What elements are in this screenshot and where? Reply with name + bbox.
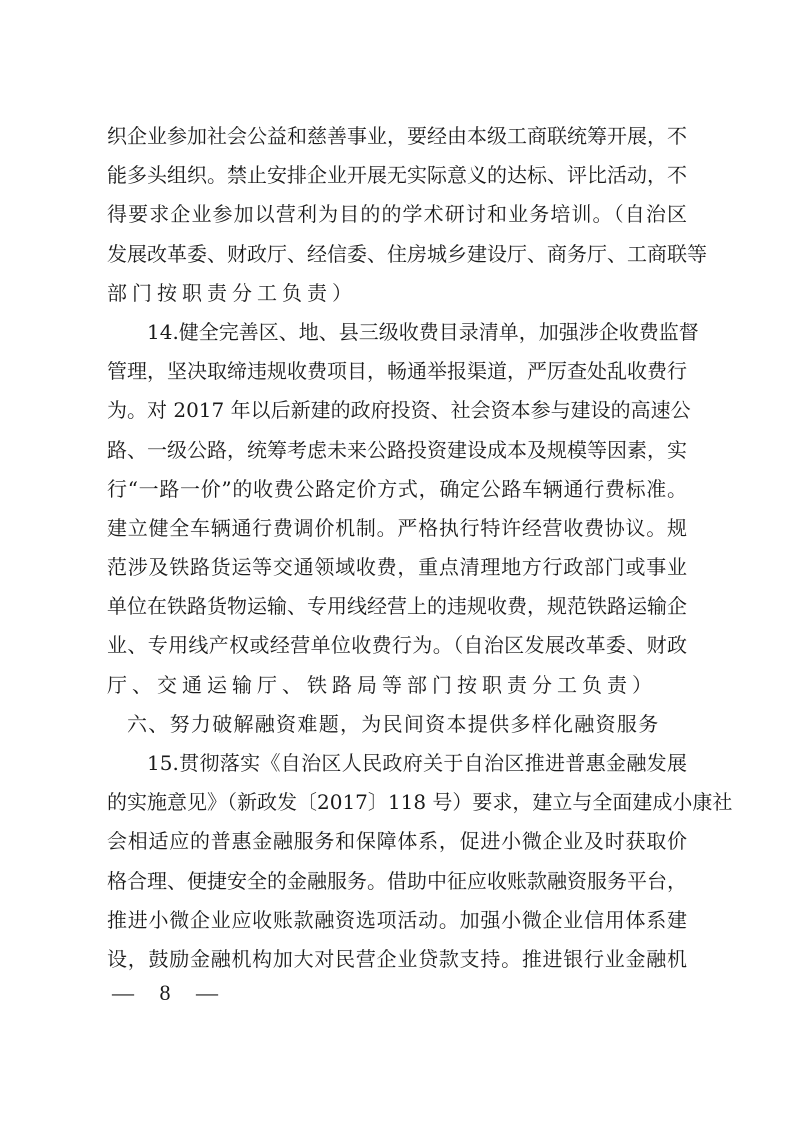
document-page: 织企业参加社会公益和慈善事业，要经由本级工商联统筹开展，不 能多头组织。禁止安排…: [107, 117, 687, 979]
text-line: 的实施意见》（新政发〔2017〕118 号）要求，建立与全面建成小康社: [107, 783, 687, 822]
text-line: 业、专用线产权或经营单位收费行为。（自治区发展改革委、财政: [107, 626, 687, 665]
text-line: 得要求企业参加以营利为目的的学术研讨和业务培训。（自治区: [107, 195, 687, 234]
text-line: 发展改革委、财政厅、经信委、住房城乡建设厅、商务厅、工商联等: [107, 235, 687, 274]
text-line: 推进小微企业应收账款融资选项活动。加强小微企业信用体系建: [107, 901, 687, 940]
text-line: 路、一级公路，统筹考虑未来公路投资建设成本及规模等因素，实: [107, 431, 687, 470]
paragraph-14: 14.健全完善区、地、县三级收费目录清单，加强涉企收费监督 管理，坚决取缔违规收…: [107, 313, 687, 705]
section-heading-text: 六、努力破解融资难题，为民间资本提供多样化融资服务: [107, 705, 687, 744]
text-line: 织企业参加社会公益和慈善事业，要经由本级工商联统筹开展，不: [107, 117, 687, 156]
text-line: 范涉及铁路货运等交通领域收费，重点清理地方行政部门或事业: [107, 548, 687, 587]
text-line: 设，鼓励金融机构加大对民营企业贷款支持。推进银行业金融机: [107, 940, 687, 979]
text-line: 为。对 2017 年以后新建的政府投资、社会资本参与建设的高速公: [107, 391, 687, 430]
paragraph-15: 15.贯彻落实《自治区人民政府关于自治区推进普惠金融发展 的实施意见》（新政发〔…: [107, 744, 687, 979]
text-line: 部门按职责分工负责）: [107, 274, 687, 313]
text-line: 15.贯彻落实《自治区人民政府关于自治区推进普惠金融发展: [107, 744, 687, 783]
text-line: 单位在铁路货物运输、专用线经营上的违规收费，规范铁路运输企: [107, 587, 687, 626]
section-heading-6: 六、努力破解融资难题，为民间资本提供多样化融资服务: [107, 705, 687, 744]
text-line: 厅、交通运输厅、铁路局等部门按职责分工负责）: [107, 666, 687, 705]
text-line: 格合理、便捷安全的金融服务。借助中征应收账款融资服务平台，: [107, 862, 687, 901]
text-line: 14.健全完善区、地、县三级收费目录清单，加强涉企收费监督: [107, 313, 687, 352]
text-line: 行“一路一价”的收费公路定价方式，确定公路车辆通行费标准。: [107, 470, 687, 509]
text-line: 能多头组织。禁止安排企业开展无实际意义的达标、评比活动，不: [107, 156, 687, 195]
paragraph-13-continuation: 织企业参加社会公益和慈善事业，要经由本级工商联统筹开展，不 能多头组织。禁止安排…: [107, 117, 687, 313]
text-line: 会相适应的普惠金融服务和保障体系，促进小微企业及时获取价: [107, 822, 687, 861]
page-number: — 8 —: [112, 980, 228, 1006]
text-line: 管理，坚决取缔违规收费项目，畅通举报渠道，严厉查处乱收费行: [107, 352, 687, 391]
text-line: 建立健全车辆通行费调价机制。严格执行特许经营收费协议。规: [107, 509, 687, 548]
